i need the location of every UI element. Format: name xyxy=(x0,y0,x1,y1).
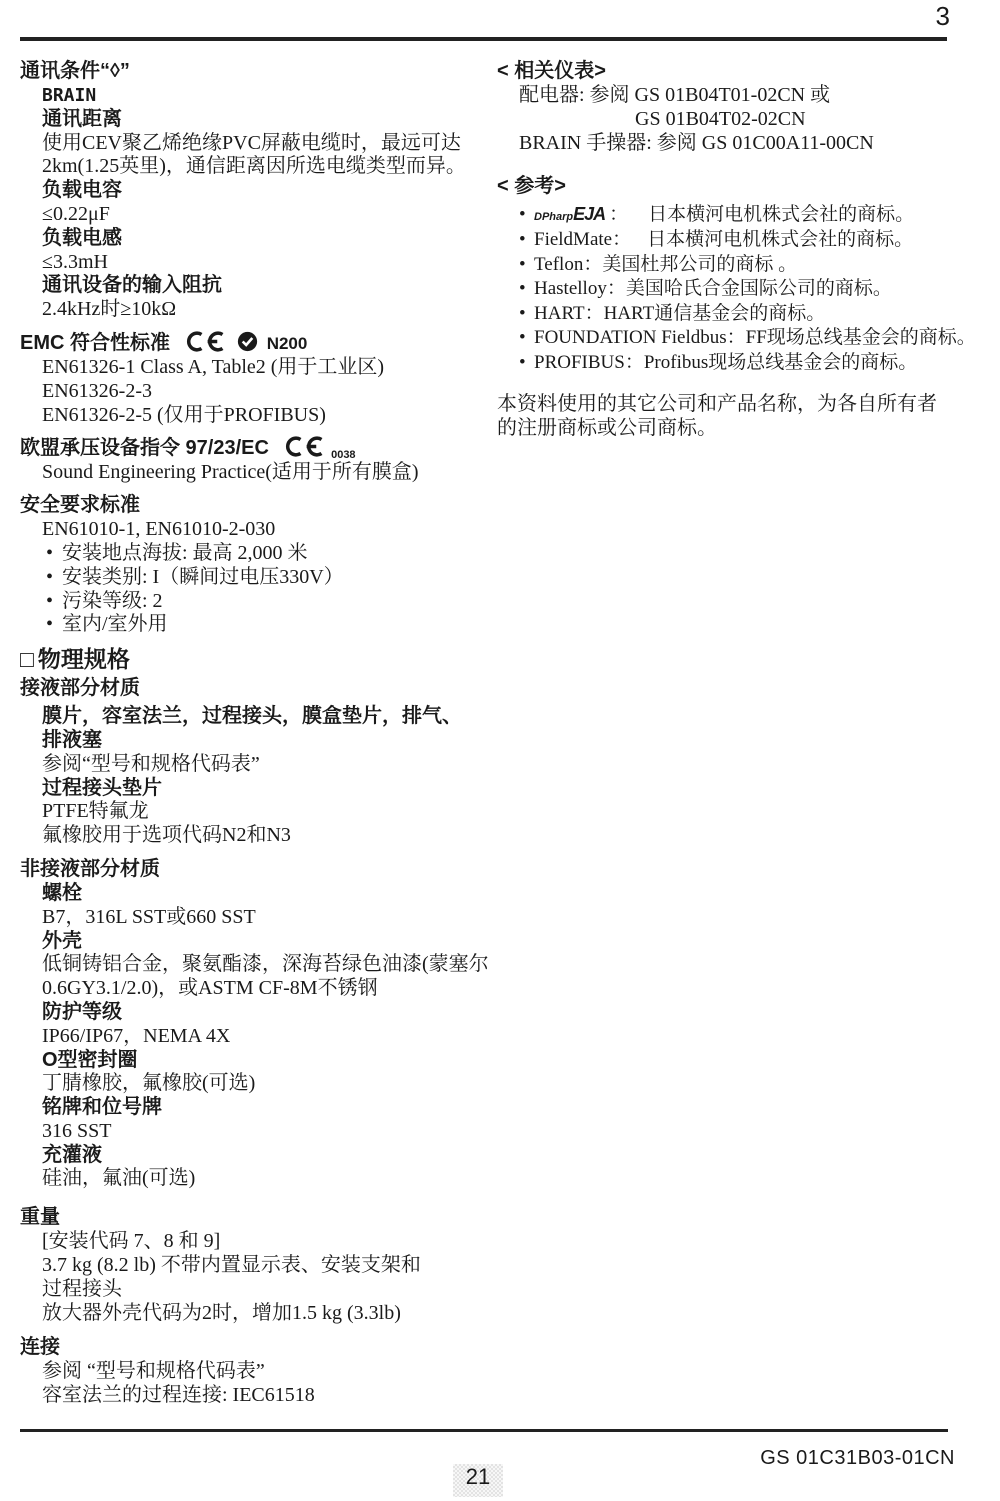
text-line: EN61326-1 Class A, Table2 (用于工业区) xyxy=(20,356,494,380)
text-line: 膜片，容室法兰，过程接头，膜盒垫片，排气、 xyxy=(20,705,494,729)
list-item: •Hastelloy：美国哈氏合金国际公司的商标。 xyxy=(497,277,997,302)
trademark-desc: 日本横河电机株式会社的商标。 xyxy=(632,204,914,225)
c-tick-label: N200 xyxy=(267,334,308,353)
text-line: GS 01B04T02-02CN xyxy=(497,108,997,132)
text-line: ≤0.22μF xyxy=(20,203,494,227)
text-line: 放大器外壳代码为2时，增加1.5 kg (3.3lb) xyxy=(20,1302,494,1326)
text-line: EN61326-2-5 (仅用于PROFIBUS) xyxy=(20,404,494,428)
logo-text-main: EJA xyxy=(573,204,605,224)
text-line: 充灌液 xyxy=(20,1144,494,1168)
list-item: •FOUNDATION Fieldbus：FF现场总线基金会的商标。 xyxy=(497,326,997,351)
text-line: B7，316L SST或660 SST xyxy=(20,906,494,930)
text-line: EN61010-1, EN61010-2-030 xyxy=(20,518,494,542)
bullet-icon: • xyxy=(519,326,534,351)
list-item: •Teflon：美国杜邦公司的商标 。 xyxy=(497,253,997,278)
heading-text: 物理规格 xyxy=(38,646,130,672)
bullet-icon: • xyxy=(519,277,534,302)
text-line: EN61326-2-3 xyxy=(20,380,494,404)
trademark-desc: HART通信基金会的商标。 xyxy=(604,303,826,324)
trademark-desc: 美国哈氏合金国际公司的商标。 xyxy=(626,278,892,299)
text-line: 负载电容 xyxy=(20,179,494,203)
bullet-icon: • xyxy=(46,613,62,637)
text-line: BRAIN 手操器: 参阅 GS 01C00A11-00CN xyxy=(497,132,997,156)
heading-safety-standards: 安全要求标准 xyxy=(20,492,494,518)
colon: ： xyxy=(612,229,631,250)
text-line: 2.4kHz时≥10kΩ xyxy=(20,298,494,322)
text-line: 排液塞 xyxy=(20,729,494,753)
bullet-icon: • xyxy=(519,302,534,327)
right-column: < 相关仪表> 配电器: 参阅 GS 01B04T01-02CN 或 GS 01… xyxy=(497,0,997,441)
bullet-icon: • xyxy=(46,566,62,590)
colon: ： xyxy=(607,278,626,299)
text-line: 2km(1.25英里)，通信距离因所选电缆类型而异。 xyxy=(20,155,494,179)
text-line: O型密封圈 xyxy=(20,1049,494,1073)
text-line: 低铜铸铝合金，聚氨酯漆，深海苔绿色油漆(蒙塞尔 xyxy=(20,953,494,977)
text-line: 过程接头垫片 xyxy=(20,777,494,801)
text-line: 316 SST xyxy=(20,1120,494,1144)
bullet-icon: • xyxy=(519,351,534,376)
list-item: •HART：HART通信基金会的商标。 xyxy=(497,302,997,327)
heading-connection: 连接 xyxy=(20,1334,494,1360)
bullet-icon: • xyxy=(46,542,62,566)
heading-related-instruments: < 相关仪表> xyxy=(497,58,997,84)
bottom-rule xyxy=(20,1429,948,1432)
text-line: 使用CEV聚乙烯绝缘PVC屏蔽电缆时，最远可达 xyxy=(20,132,494,156)
text-line: 硅油，氟油(可选) xyxy=(20,1167,494,1191)
page-number-bottom: 21 xyxy=(453,1464,503,1497)
bullet-text: 安装地点海拔: 最高 2,000 米 xyxy=(62,542,308,564)
text-line: PTFE特氟龙 xyxy=(20,800,494,824)
bullet-text: 污染等级: 2 xyxy=(62,590,163,612)
colon: ： xyxy=(583,254,602,275)
heading-communication-conditions: 通讯条件“◊” xyxy=(20,58,494,84)
text-line: 通讯距离 xyxy=(20,108,494,132)
c-tick-icon xyxy=(237,331,258,352)
logo-text-small: DPharp xyxy=(534,211,573,223)
text-line: 配电器: 参阅 GS 01B04T01-02CN 或 xyxy=(497,84,997,108)
bullet-icon: • xyxy=(519,253,534,278)
trademark-name: Hastelloy xyxy=(534,278,607,299)
list-item: •安装地点海拔: 最高 2,000 米 xyxy=(20,542,494,566)
heading-pressure-equipment-directive: 欧盟承压设备指令 97/23/EC 0038 xyxy=(20,435,494,461)
heading-emc-conformity: EMC 符合性标准 N200 xyxy=(20,330,494,356)
heading-weight: 重量 xyxy=(20,1204,494,1230)
text-line: 氟橡胶用于选项代码N2和N3 xyxy=(20,824,494,848)
colon: ： xyxy=(625,352,644,373)
square-marker-icon: □ xyxy=(20,646,34,672)
list-item: •PROFIBUS：Profibus现场总线基金会的商标。 xyxy=(497,351,997,376)
heading-physical-specifications: □物理规格 xyxy=(20,644,494,674)
colon: ： xyxy=(727,327,746,348)
list-item: •污染等级: 2 xyxy=(20,590,494,614)
heading-nonwetted-parts-material: 非接液部分材质 xyxy=(20,856,494,882)
colon: ： xyxy=(585,303,604,324)
list-item: •DPharpEJA：日本横河电机株式会社的商标。 xyxy=(497,203,997,228)
text-line: BRAIN xyxy=(20,84,494,108)
heading-reference: < 参考> xyxy=(497,173,997,199)
bullet-icon: • xyxy=(46,590,62,614)
heading-wetted-parts-material: 接液部分材质 xyxy=(20,675,494,701)
dpharp-eja-logo: DPharpEJA xyxy=(534,203,605,228)
heading-text: 欧盟承压设备指令 97/23/EC xyxy=(20,437,269,459)
trademark-desc: 日本横河电机株式会社的商标。 xyxy=(631,229,913,250)
list-item: •室内/室外用 xyxy=(20,613,494,637)
trademark-name: FieldMate xyxy=(534,229,612,250)
text-line: 容室法兰的过程连接: IEC61518 xyxy=(20,1384,494,1408)
bullet-text: 室内/室外用 xyxy=(62,613,168,635)
text-line: ≤3.3mH xyxy=(20,251,494,275)
list-item: •安装类别: I（瞬间过电压330V） xyxy=(20,566,494,590)
trademark-desc: FF现场总线基金会的商标。 xyxy=(746,327,976,348)
text-line: [安装代码 7、8 和 9] xyxy=(20,1230,494,1254)
text-line: 负载电感 xyxy=(20,227,494,251)
trademark-note: 本资料使用的其它公司和产品名称，为各自所有者 的注册商标或公司商标。 xyxy=(497,392,997,441)
colon: ： xyxy=(609,204,628,225)
text-line: 丁腈橡胶，氟橡胶(可选) xyxy=(20,1072,494,1096)
trademark-name: FOUNDATION Fieldbus xyxy=(534,327,727,348)
text-line: 0.6GY3.1/2.0)，或ASTM CF-8M不锈钢 xyxy=(20,977,494,1001)
text-line: 螺栓 xyxy=(20,882,494,906)
document-page: 3 通讯条件“◊” BRAIN 通讯距离 使用CEV聚乙烯绝缘PVC屏蔽电缆时，… xyxy=(0,0,1000,1501)
text-line: 通讯设备的输入阻抗 xyxy=(20,274,494,298)
text-line: 防护等级 xyxy=(20,1001,494,1025)
left-column: 通讯条件“◊” BRAIN 通讯距离 使用CEV聚乙烯绝缘PVC屏蔽电缆时，最远… xyxy=(20,0,494,1408)
trademark-list: •DPharpEJA：日本横河电机株式会社的商标。 •FieldMate：日本横… xyxy=(497,203,997,375)
bullet-text: 安装类别: I（瞬间过电压330V） xyxy=(62,566,344,588)
notified-body-number: 0038 xyxy=(331,449,355,461)
text-line: 本资料使用的其它公司和产品名称，为各自所有者 xyxy=(497,392,997,417)
safety-bullet-list: •安装地点海拔: 最高 2,000 米 •安装类别: I（瞬间过电压330V） … xyxy=(20,542,494,637)
text-line: 3.7 kg (8.2 lb) 不带内置显示表、安装支架和 xyxy=(20,1254,494,1278)
document-number: GS 01C31B03-01CN xyxy=(690,1447,955,1470)
ce-mark-icon xyxy=(184,331,226,352)
trademark-name: HART xyxy=(534,303,585,324)
text-line: 过程接头 xyxy=(20,1278,494,1302)
ce-mark-icon xyxy=(283,436,325,457)
heading-text: EMC 符合性标准 xyxy=(20,332,170,354)
trademark-name: PROFIBUS xyxy=(534,352,625,373)
trademark-desc: 美国杜邦公司的商标 。 xyxy=(602,254,797,275)
text-line: 参阅“型号和规格代码表” xyxy=(20,753,494,777)
text-line: IP66/IP67，NEMA 4X xyxy=(20,1025,494,1049)
text-line: 的注册商标或公司商标。 xyxy=(497,416,997,441)
bullet-icon: • xyxy=(519,228,534,253)
text-line: Sound Engineering Practice(适用于所有膜盒) xyxy=(20,461,494,485)
list-item: •FieldMate：日本横河电机株式会社的商标。 xyxy=(497,228,997,253)
trademark-desc: Profibus现场总线基金会的商标。 xyxy=(644,352,917,373)
bullet-icon: • xyxy=(519,203,534,228)
trademark-name: Teflon xyxy=(534,254,583,275)
text-line: 铭牌和位号牌 xyxy=(20,1096,494,1120)
text-line: 参阅 “型号和规格代码表” xyxy=(20,1360,494,1384)
text-line: 外壳 xyxy=(20,930,494,954)
